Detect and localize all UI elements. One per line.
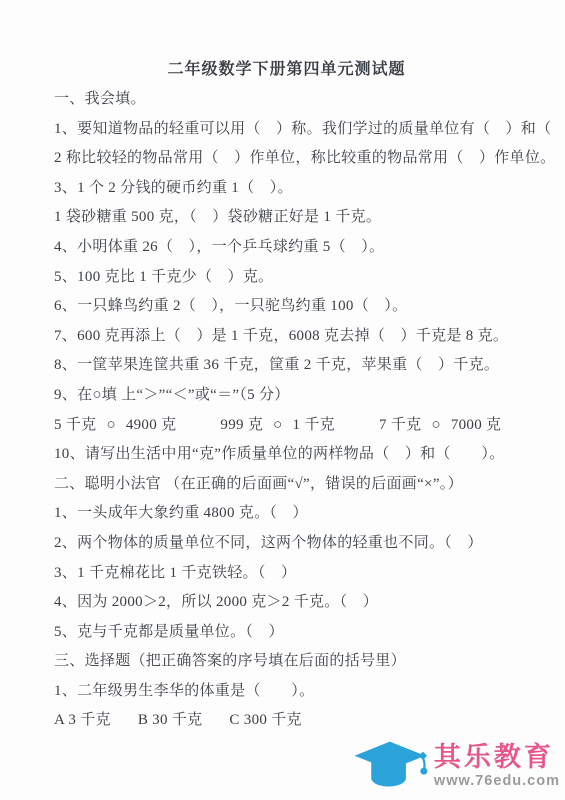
fill-item-9: 9、在○填 上“＞”“＜”或“＝”（5 分） bbox=[54, 381, 545, 411]
fill-item-8: 8、一筐苹果连筐共重 36 千克，筐重 2 千克，苹果重（ ）千克。 bbox=[54, 351, 545, 381]
judge-item-5: 5、克与千克都是质量单位。（ ） bbox=[54, 618, 545, 648]
comparison-1-left: 5 千克 bbox=[54, 411, 96, 441]
fill-item-7: 7、600 克再添上（ ）是 1 千克，6008 克去掉（ ）千克是 8 克。 bbox=[54, 322, 545, 352]
fill-item-4: 4、小明体重 26（ ），一个乒乓球约重 5（ ）。 bbox=[54, 233, 545, 263]
fill-item-10: 10、请写出生活中用“克”作质量单位的两样物品（ ）和（ ）。 bbox=[54, 440, 545, 470]
section-judge-heading: 二、聪明小法官 （在正确的后面画“√”，错误的后面画“×”。） bbox=[54, 470, 545, 500]
comparison-3-left: 7 千克 bbox=[379, 411, 421, 441]
brand-logo: 其乐教育 www.76edu.com bbox=[352, 738, 560, 794]
circle-placeholder-icon: ○ bbox=[431, 411, 440, 441]
graduation-cap-icon bbox=[352, 738, 429, 794]
fill-item-3b: 1 袋砂糖重 500 克，（ ）袋砂糖正好是 1 千克。 bbox=[54, 203, 545, 233]
choice-options-row: A 3 千克 B 30 千克 C 300 千克 bbox=[54, 706, 545, 736]
comparison-1-right: 4900 克 bbox=[126, 411, 177, 441]
fill-item-3: 3、1 个 2 分钱的硬币约重 1（ ）。 bbox=[54, 174, 545, 204]
fill-item-5: 5、100 克比 1 千克少（ ）克。 bbox=[54, 263, 545, 293]
comparison-2-right: 1 千克 bbox=[293, 411, 335, 441]
section-fill-heading: 一、我会填。 bbox=[54, 85, 545, 115]
page-title: 二年级数学下册第四单元测试题 bbox=[54, 56, 519, 84]
circle-placeholder-icon: ○ bbox=[273, 411, 282, 441]
brand-name: 其乐教育 bbox=[434, 742, 554, 772]
circle-placeholder-icon: ○ bbox=[106, 411, 115, 441]
section-choice-heading: 三、选择题（把正确答案的序号填在后面的括号里） bbox=[54, 647, 545, 677]
judge-item-1: 1、一头成年大象约重 4800 克。（ ） bbox=[54, 499, 545, 529]
worksheet-body: 一、我会填。 1、要知道物品的轻重可以用（ ）称。我们学过的质量单位有（ ）和（… bbox=[54, 85, 545, 736]
choice-question-1: 1、二年级男生李华的体重是（ ）。 bbox=[54, 677, 545, 707]
judge-item-4: 4、因为 2000＞2，所以 2000 克＞2 千克。（ ） bbox=[54, 588, 545, 618]
comparison-3: 7 千克 ○ 7000 克 bbox=[379, 411, 501, 441]
comparison-1: 5 千克 ○ 4900 克 bbox=[54, 411, 176, 441]
brand-text-block: 其乐教育 www.76edu.com bbox=[434, 742, 560, 790]
comparison-3-right: 7000 克 bbox=[451, 411, 502, 441]
comparison-row: 5 千克 ○ 4900 克 999 克 ○ 1 千克 7 千克 ○ 7000 克 bbox=[54, 411, 545, 441]
choice-option-b: B 30 千克 bbox=[138, 706, 203, 736]
choice-option-c: C 300 千克 bbox=[229, 706, 301, 736]
fill-item-1: 1、要知道物品的轻重可以用（ ）称。我们学过的质量单位有（ ）和（ ）。 bbox=[54, 115, 545, 145]
fill-item-2: 2 称比较轻的物品常用（ ）作单位，称比较重的物品常用（ ）作单位。 bbox=[54, 144, 545, 174]
brand-url: www.76edu.com bbox=[434, 772, 560, 790]
choice-option-a: A 3 千克 bbox=[54, 706, 111, 736]
comparison-2-left: 999 克 bbox=[220, 411, 263, 441]
worksheet-page: 二年级数学下册第四单元测试题 一、我会填。 1、要知道物品的轻重可以用（ ）称。… bbox=[0, 0, 565, 736]
comparison-2: 999 克 ○ 1 千克 bbox=[220, 411, 335, 441]
judge-item-3: 3、1 千克棉花比 1 千克铁轻。（ ） bbox=[54, 559, 545, 589]
fill-item-6: 6、一只蜂鸟约重 2（ ），一只驼鸟约重 100（ ）。 bbox=[54, 292, 545, 322]
judge-item-2: 2、两个物体的质量单位不同，这两个物体的轻重也不同。（ ） bbox=[54, 529, 545, 559]
